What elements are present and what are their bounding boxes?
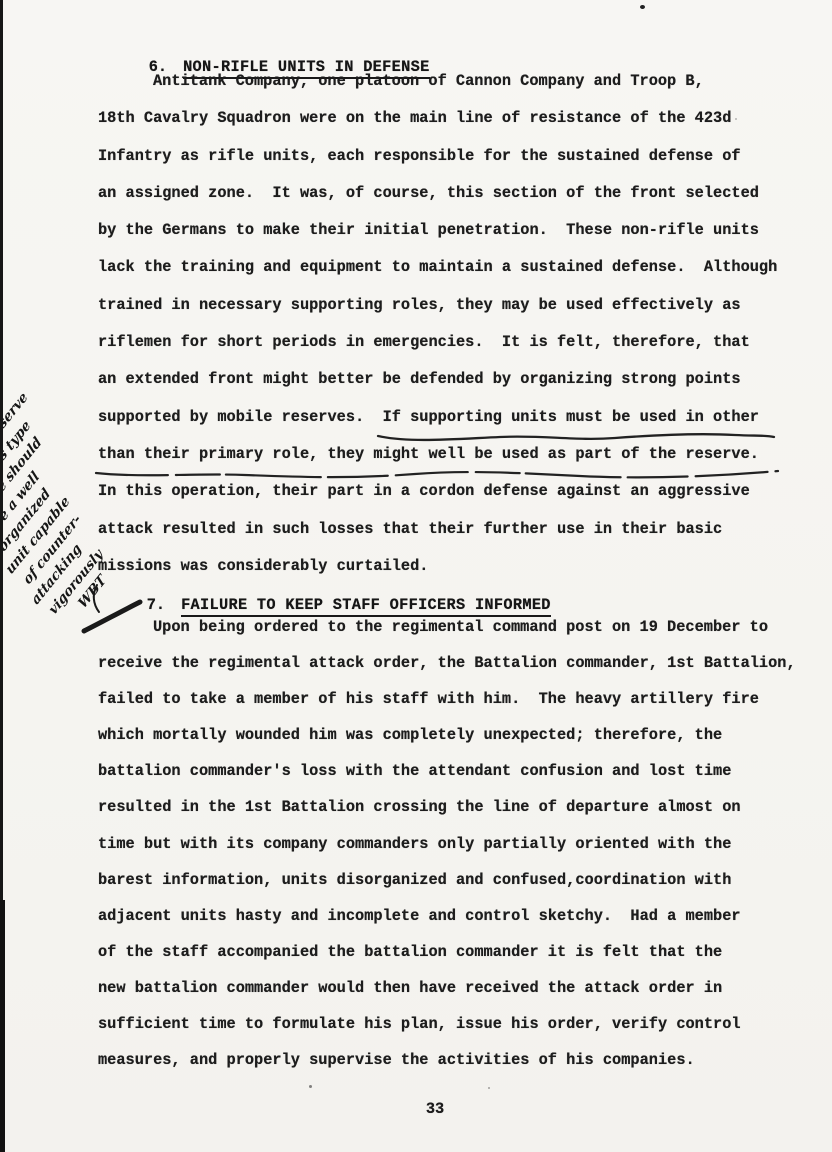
body-line: Upon being ordered to the regimental com…: [98, 618, 796, 654]
body-line: an extended front might better be defend…: [98, 370, 777, 407]
section-7-number: 7.: [147, 596, 165, 614]
body-line: which mortally wounded him was completel…: [98, 726, 796, 762]
body-line: battalion commander's loss with the atte…: [98, 762, 796, 798]
body-line: an assigned zone. It was, of course, thi…: [98, 184, 777, 221]
page-number: 33: [395, 1100, 475, 1118]
scan-edge-left-bottom: [0, 900, 5, 1152]
section-7-paragraph: Upon being ordered to the regimental com…: [98, 618, 796, 1087]
body-line: supported by mobile reserves. If support…: [98, 408, 777, 445]
body-line: sufficient time to formulate his plan, i…: [98, 1015, 796, 1051]
body-line: of the staff accompanied the battalion c…: [98, 943, 796, 979]
body-line: time but with its company commanders onl…: [98, 835, 796, 871]
body-line: new battalion commander would then have …: [98, 979, 796, 1015]
body-line: trained in necessary supporting roles, t…: [98, 296, 777, 333]
body-line: failed to take a member of his staff wit…: [98, 690, 796, 726]
body-line: resulted in the 1st Battalion crossing t…: [98, 798, 796, 834]
ink-speck: [640, 5, 645, 9]
body-line: barest information, units disorganized a…: [98, 871, 796, 907]
body-line: Infantry as rifle units, each responsibl…: [98, 147, 777, 184]
body-line: receive the regimental attack order, the…: [98, 654, 796, 690]
body-line: by the Germans to make their initial pen…: [98, 221, 777, 258]
body-line: measures, and properly supervise the act…: [98, 1051, 796, 1087]
body-line: 18th Cavalry Squadron were on the main l…: [98, 109, 777, 146]
section-7-title: FAILURE TO KEEP STAFF OFFICERS INFORMED: [181, 596, 551, 617]
document-page: 6.NON-RIFLE UNITS IN DEFENSE Antitank Co…: [0, 0, 832, 1152]
body-line: attack resulted in such losses that thei…: [98, 520, 777, 557]
ink-speck: [488, 1087, 490, 1089]
section-6-paragraph: Antitank Company, one platoon of Cannon …: [98, 72, 777, 594]
body-line: lack the training and equipment to maint…: [98, 258, 777, 295]
body-line: adjacent units hasty and incomplete and …: [98, 907, 796, 943]
body-line: Antitank Company, one platoon of Cannon …: [98, 72, 777, 109]
body-line: riflemen for short periods in emergencie…: [98, 333, 777, 370]
